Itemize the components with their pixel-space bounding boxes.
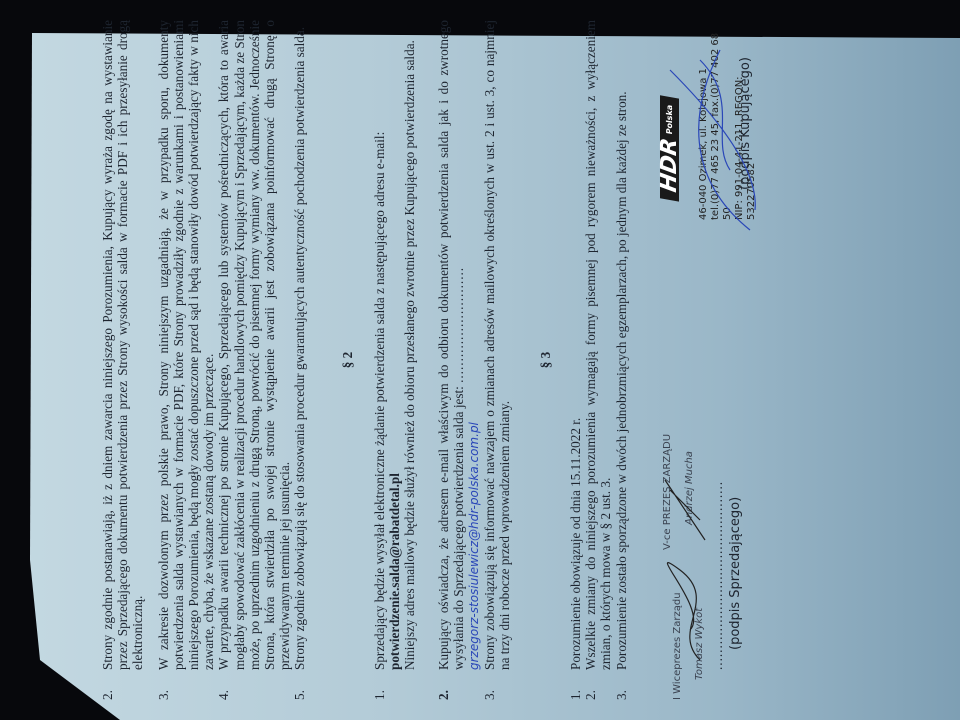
logo-subtext: Polska <box>665 104 674 135</box>
seller-stamp-title-1: I Wiceprezes Zarządu <box>670 592 685 700</box>
item-text-part: Niniejszy adres mailowy będzie służył ró… <box>402 40 417 670</box>
item-number: 3. <box>156 670 217 700</box>
section-2-item-1: 1. Sprzedający będzie wysyłał elektronic… <box>372 20 418 700</box>
item-number: 2. <box>583 670 613 700</box>
logo-text: HDR <box>657 136 682 194</box>
item-text: Wszelkie zmiany do niniejszego porozumie… <box>583 20 613 670</box>
item-text: Strony zgodnie zobowiązują się do stosow… <box>292 20 307 670</box>
item-text: W przypadku awarii technicznej po stroni… <box>216 20 292 670</box>
seller-stamp-title-2: V-ce PREZES ZARZĄDU <box>660 434 675 550</box>
buyer-address: 46-040 Ozimek, ul. Kolejowa 1 <box>698 20 710 220</box>
item-number: 2. <box>100 670 146 700</box>
seller-signature-block: I Wiceprezes Zarządu Tomasz Wykot V-ce P… <box>660 420 750 700</box>
section-1-item-3: 3. W zakresie dozwolonym przez polskie p… <box>156 20 217 700</box>
item-number: 2. <box>436 670 483 700</box>
item-number: 1. <box>372 670 418 700</box>
item-number: 3. <box>614 670 629 700</box>
item-text: Strony zgodnie postanawiają, iż z dniem … <box>100 20 146 670</box>
item-text-part: Sprzedający będzie wysyłał elektroniczne… <box>372 132 387 670</box>
seller-email-link[interactable]: potwierdzenie.salda@rabatdetal.pl <box>387 473 402 670</box>
item-number: 5. <box>292 670 307 700</box>
section-1-items: 2. Strony zgodnie postanawiają, iż z dni… <box>100 20 308 700</box>
handwritten-buyer-email: grzegorz-stosiulewicz@hdr-polska.com.pl <box>467 422 481 670</box>
item-text: Strony zobowiązują się informować nawzaj… <box>482 20 512 670</box>
seller-signature-line: ........................................… <box>710 481 725 670</box>
section-3-item-3: 3. Porozumienie zostało sporządzone w dw… <box>614 20 629 700</box>
section-1-item-2: 2. Strony zgodnie postanawiają, iż z dni… <box>100 20 146 700</box>
item-text: Porozumienie zostało sporządzone w dwóch… <box>614 20 629 670</box>
section-2-items: 1. Sprzedający będzie wysyłał elektronic… <box>372 20 513 700</box>
section-2-heading: § 2 <box>340 20 355 700</box>
item-text: Kupujący oświadcza, że adresem e-mail wł… <box>436 20 483 670</box>
item-text: Porozumienie obowiązuje od dnia 15.11.20… <box>568 20 583 670</box>
document-page: 2. Strony zgodnie postanawiają, iż z dni… <box>100 20 900 700</box>
section-3-heading: § 3 <box>538 20 553 700</box>
section-3-item-1: 1. Porozumienie obowiązuje od dnia 15.11… <box>568 20 583 700</box>
item-number: 1. <box>568 670 583 700</box>
section-2-item-3: 3. Strony zobowiązują się informować naw… <box>482 20 512 700</box>
buyer-contact: tel.(0)77 465 23 45, fax.(0)77 402 68 50 <box>710 20 734 220</box>
fill-in-dots: ........................... <box>451 267 466 383</box>
hdr-logo: HDRPolska <box>660 97 679 200</box>
section-1-item-4: 4. W przypadku awarii technicznej po str… <box>216 20 292 700</box>
seller-signature-caption: (podpis Sprzedającego) <box>728 497 743 650</box>
buyer-signature-caption: (podpis Kupującego) <box>738 57 753 190</box>
item-number: 4. <box>216 670 292 700</box>
item-number: 3. <box>482 670 512 700</box>
section-2-item-2: 2. Kupujący oświadcza, że adresem e-mail… <box>436 20 483 700</box>
buyer-stamp-block: HDRPolska 46-040 Ozimek, ul. Kolejowa 1 … <box>660 20 770 250</box>
item-text: W zakresie dozwolonym przez polskie praw… <box>156 20 217 670</box>
seller-stamp-name-2: Andrzej Mucha <box>682 451 697 525</box>
section-3-items: 1. Porozumienie obowiązuje od dnia 15.11… <box>568 20 629 700</box>
item-text: Sprzedający będzie wysyłał elektroniczne… <box>372 20 418 670</box>
section-3-item-2: 2. Wszelkie zmiany do niniejszego porozu… <box>583 20 613 700</box>
seller-stamp-name-1: Tomasz Wykot <box>692 608 707 680</box>
section-1-item-5: 5. Strony zgodnie zobowiązują się do sto… <box>292 20 307 700</box>
